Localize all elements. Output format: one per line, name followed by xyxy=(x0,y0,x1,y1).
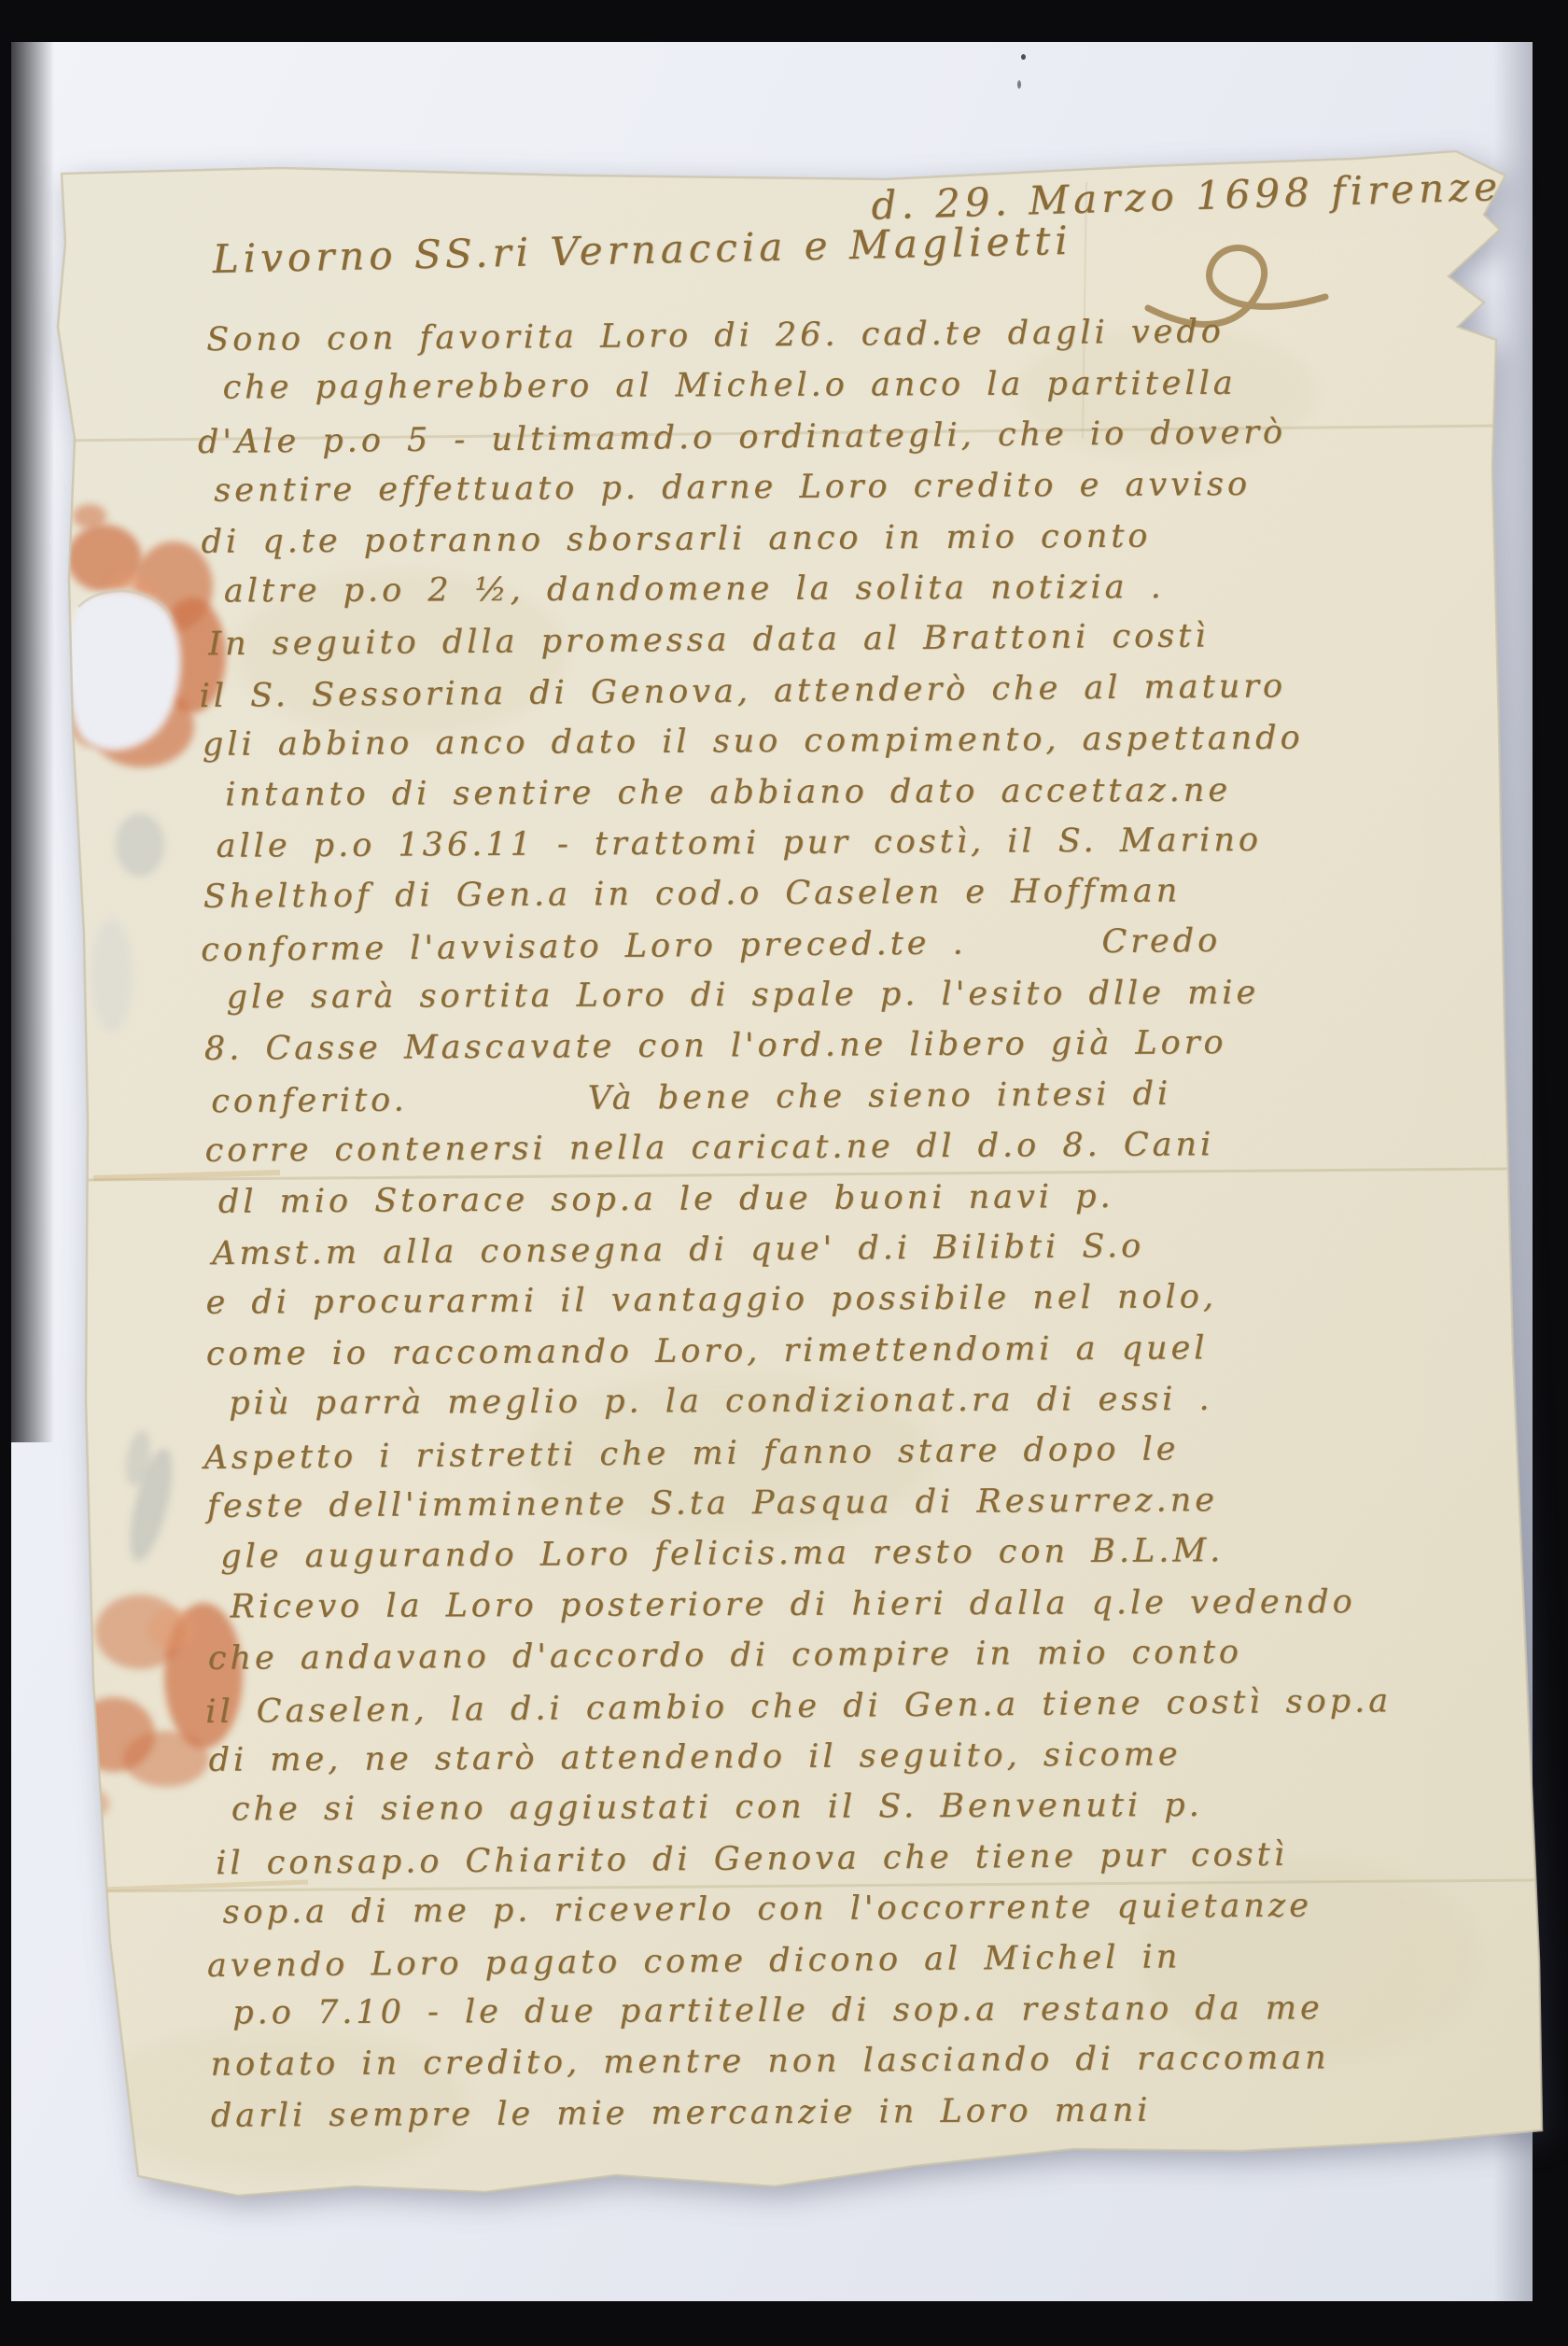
manuscript-line: che si sieno aggiustati con il S. Benven… xyxy=(231,1779,1538,1835)
manuscript-line: conforme l'avvisato Loro preced.te . Cre… xyxy=(201,913,1507,976)
manuscript-line: gle sarà sortita Loro di spale p. l'esit… xyxy=(226,966,1533,1022)
manuscript-line: 8. Casse Mascavate con l'ord.ne libero g… xyxy=(204,1017,1511,1075)
manuscript-line: feste dell'imminente S.ta Pasqua di Resu… xyxy=(207,1473,1514,1532)
date-line: d. 29. Marzo 1698 firenze xyxy=(871,163,1503,229)
manuscript-line: gle augurando Loro felicis.ma resto con … xyxy=(220,1524,1527,1583)
manuscript-line: sop.a di me p. riceverlo con l'occorrent… xyxy=(222,1879,1529,1938)
manuscript-line: come io raccomando Loro, rimettendomi a … xyxy=(206,1321,1513,1380)
manuscript-line: di q.te potranno sborsarli anco in mio c… xyxy=(201,509,1507,568)
scanned-letter-photo: d. 29. Marzo 1698 firenze Livorno SS.ri … xyxy=(0,0,1568,2346)
manuscript-line: intanto di sentire che abbiano dato acce… xyxy=(225,764,1532,820)
manuscript-line: altre p.o 2 ½, dandomene la solita notiz… xyxy=(224,560,1531,616)
manuscript-line: Sono con favorita Loro di 26. cad.te dag… xyxy=(206,304,1513,366)
letter-body: Sono con favorita Loro di 26. cad.te dag… xyxy=(200,305,1518,2142)
manuscript-line: gli abbino anco dato il suo compimento, … xyxy=(203,711,1509,770)
manuscript-line: p.o 7.10 - le due partitelle di sop.a re… xyxy=(232,1982,1539,2038)
manuscript-line: alle p.o 136.11 - trattomi pur costì, il… xyxy=(216,813,1522,872)
manuscript-line: conferito. Và bene che sieno intesi di xyxy=(211,1066,1518,1128)
manuscript-line: corre contenersi nella caricat.ne dl d.o… xyxy=(204,1118,1511,1177)
address-line: Livorno SS.ri Vernaccia e Maglietti xyxy=(212,218,1072,282)
manuscript-line: che pagherebbero al Michel.o anco la par… xyxy=(222,358,1529,414)
manuscript-line: e di procurarmi il vantaggio possibile n… xyxy=(205,1271,1512,1329)
manuscript-line: avendo Loro pagato come dicono al Michel… xyxy=(207,1929,1514,1991)
manuscript-line: che andavano d'accordo di compire in mio… xyxy=(208,1625,1515,1684)
manuscript-line: più parrà meglio p. la condizionat.ra di… xyxy=(229,1373,1535,1429)
manuscript-line: il consap.o Chiarito di Genova che tiene… xyxy=(216,1827,1522,1889)
manuscript-line: Ricevo la Loro posteriore di hieri dalla… xyxy=(230,1576,1536,1632)
manuscript-line: sentire effettuato p. darne Loro credito… xyxy=(214,457,1520,516)
manuscript-line: darli sempre le mie mercanzie in Loro ma… xyxy=(211,2083,1518,2142)
manuscript-line: di me, ne starò attendendo il seguito, s… xyxy=(208,1727,1515,1786)
manuscript-line: dl mio Storace sop.a le due buoni navi p… xyxy=(218,1169,1525,1228)
manuscript-line: Amst.m alla consegna di que' d.i Bilibti… xyxy=(212,1218,1519,1280)
handwritten-text-layer: d. 29. Marzo 1698 firenze Livorno SS.ri … xyxy=(0,0,1568,2346)
manuscript-line: notato in credito, mentre non lasciando … xyxy=(210,2032,1517,2091)
